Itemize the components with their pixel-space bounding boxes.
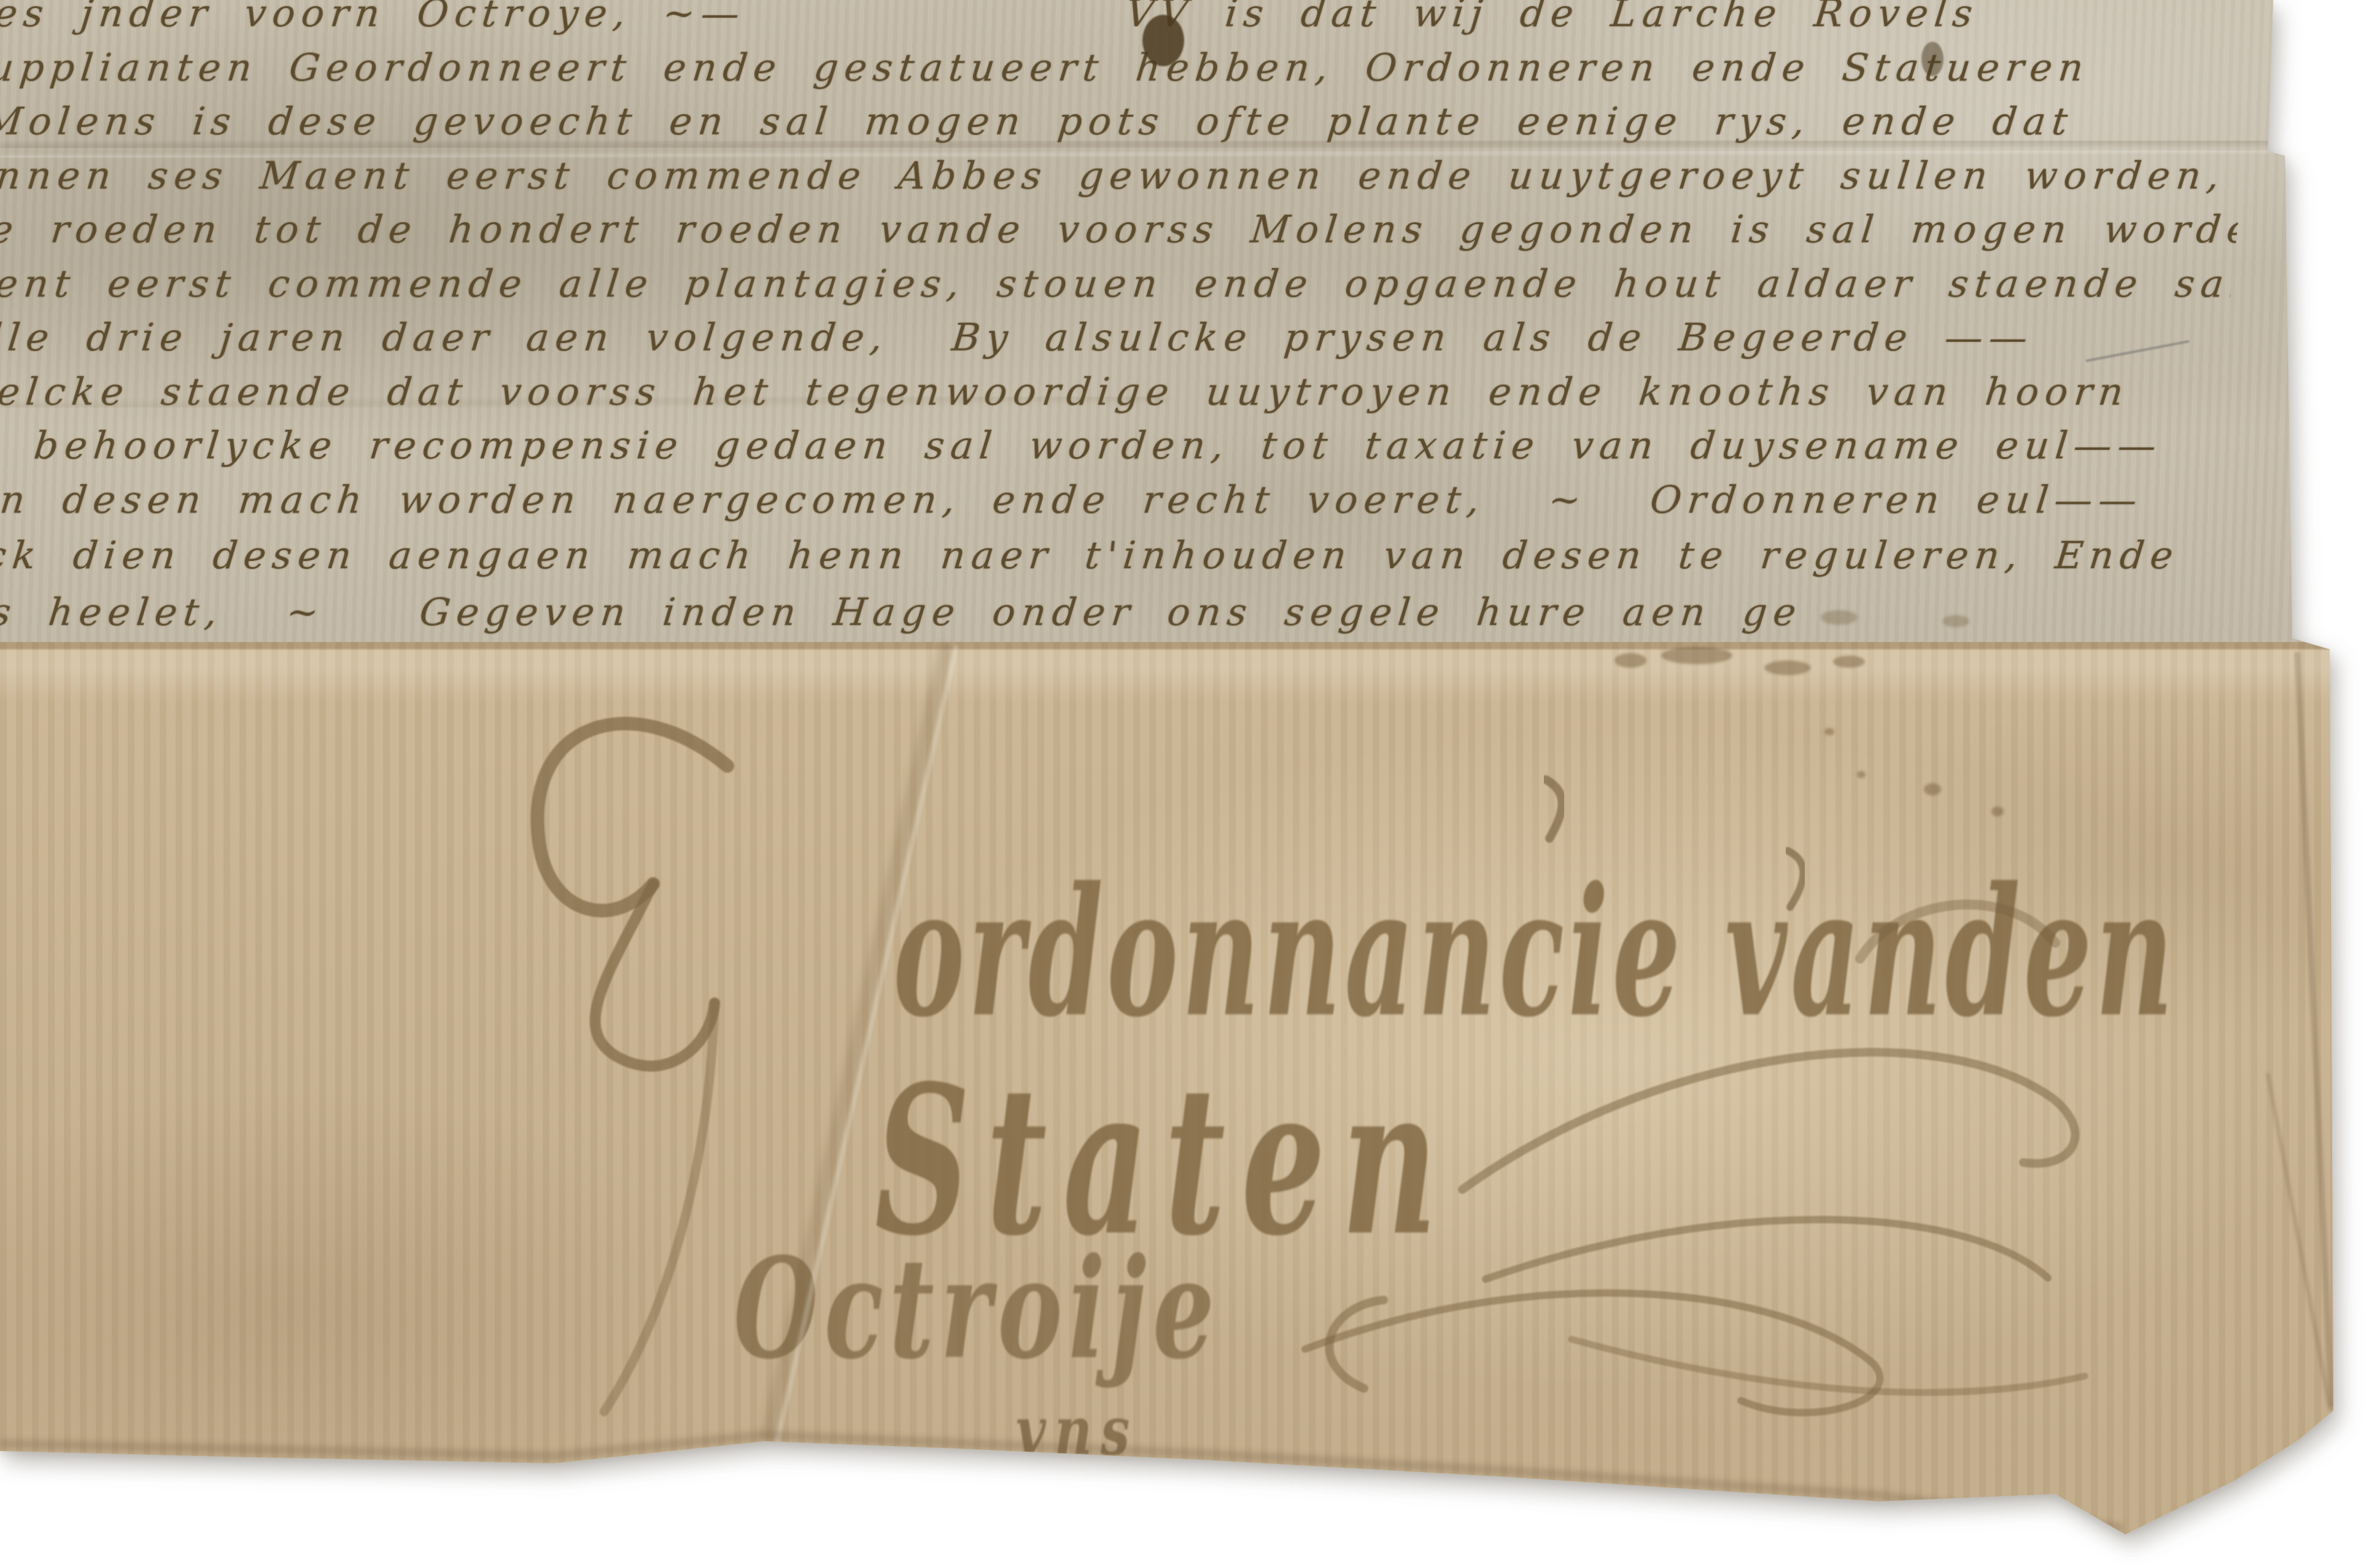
manuscript-text-block: es jnder voorn Octroye, ~— VV is dat wij… (0, 0, 2284, 642)
manuscript-line: ie roeden tot de hondert roeden vande vo… (0, 207, 2240, 258)
manuscript-line: Welcke staende dat voorss het tegenwoord… (0, 369, 2223, 420)
dorsal-inscription-line-3: Octroije (734, 1229, 1220, 1390)
manuscript-line: upplianten Geordonneert ende gestatueert… (0, 45, 2257, 96)
parchment-front-panel: es jnder voorn Octroye, ~— VV is dat wij… (0, 0, 2380, 642)
manuscript-line: Molens is dese gevoecht en sal mogen pot… (0, 99, 2251, 150)
dorsal-inscription-line-1: ordonnancie vanden (893, 848, 2177, 1056)
manuscript-line: es jnder voorn Octroye, ~— VV is dat wij… (0, 0, 2263, 42)
dorsal-inscription-line-4: vns (1016, 1391, 1138, 1470)
manuscript-line: ges heelet, ~ Gegeven inden Hage onder o… (0, 589, 2200, 641)
manuscript-line: aent eerst commende alle plantagies, sto… (0, 261, 2234, 312)
parchment-sheet: es jnder voorn Octroye, ~— VV is dat wij… (0, 0, 2380, 1567)
manuscript-line: innen ses Maent eerst commende Abbes gew… (0, 153, 2246, 204)
manuscript-line: er behoorlycke recompensie gedaen sal wo… (0, 423, 2217, 474)
parchment-shadow-wrap: es jnder voorn Octroye, ~— VV is dat wij… (0, 0, 2380, 1567)
photo-backdrop: es jnder voorn Octroye, ~— VV is dat wij… (0, 0, 2380, 1567)
manuscript-line: alle drie jaren daer aen volgende, By al… (0, 315, 2228, 366)
manuscript-line: van desen mach worden naergecomen, ende … (0, 477, 2211, 528)
manuscript-line: elck dien desen aengaen mach henn naer t… (0, 533, 2206, 584)
